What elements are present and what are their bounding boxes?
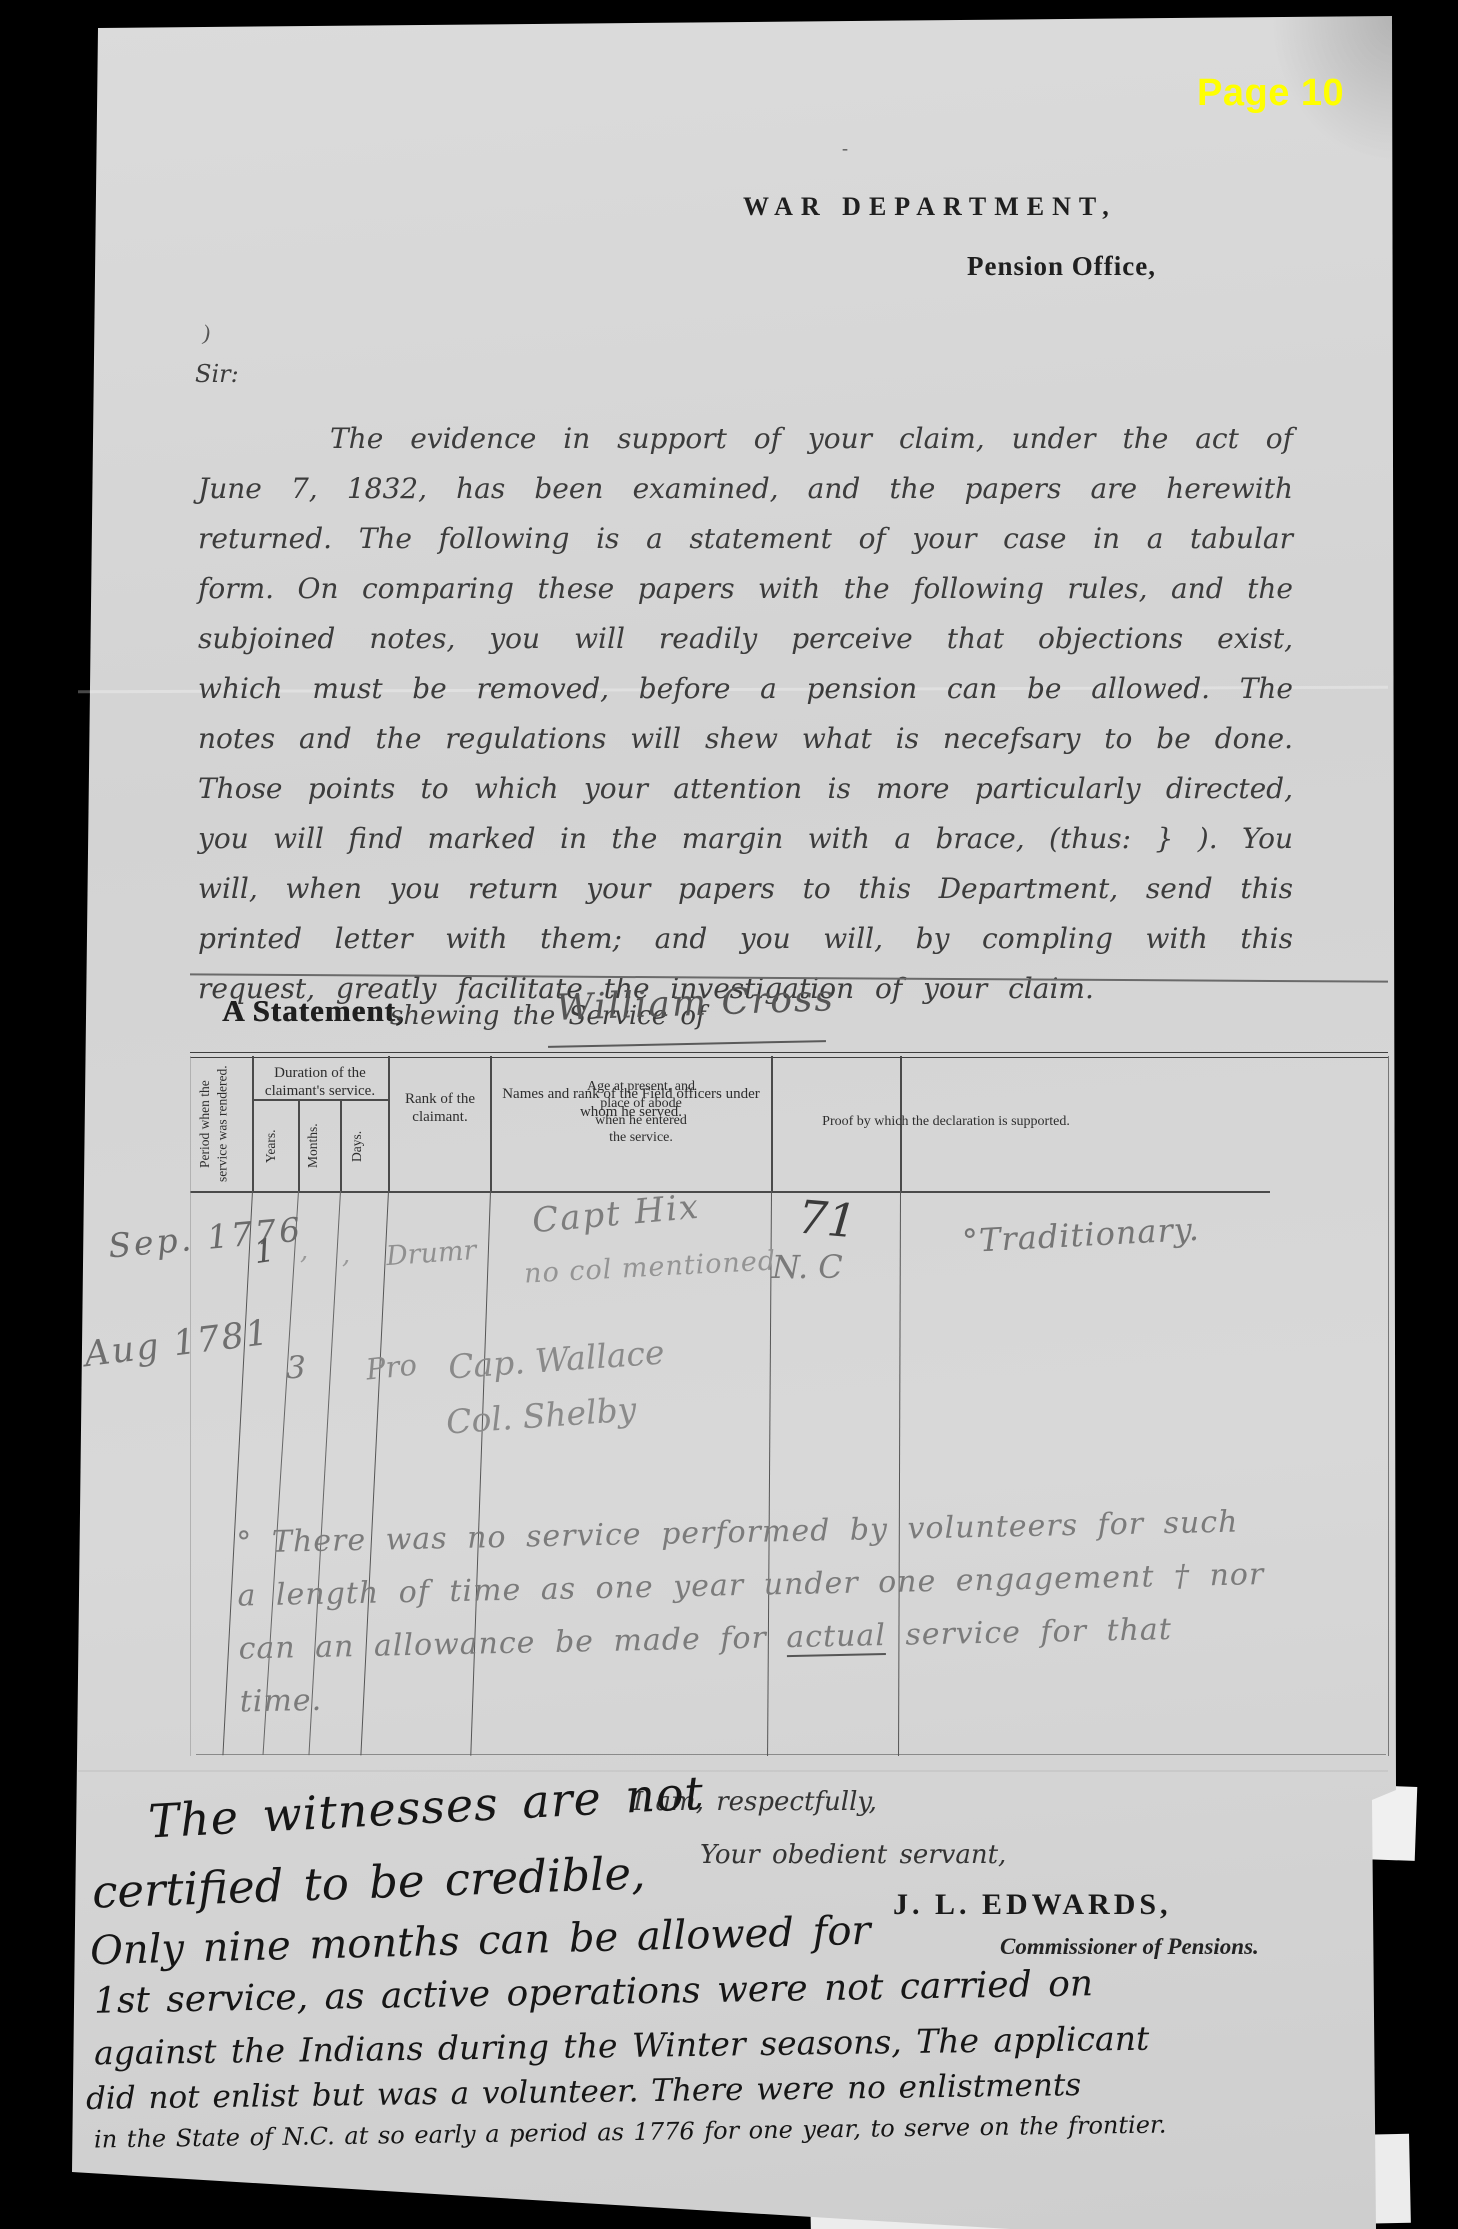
closing-line-2: Your obedient servant,	[700, 1840, 1006, 1870]
letter-body-paragraph: The evidence in support of your claim, u…	[198, 414, 1293, 1014]
col-header-age: Age at present, and place of abode when …	[585, 1078, 697, 1146]
col-rule-days-rank	[388, 1056, 390, 1191]
row1-abode: N. C	[772, 1248, 843, 1286]
col-header-duration: Duration of the claimant's service.	[254, 1064, 386, 1101]
salutation: Sir:	[195, 360, 239, 388]
col-header-months: Months.	[304, 1104, 334, 1188]
row1-days: ,	[342, 1240, 350, 1270]
war-department-title: WAR DEPARTMENT,	[743, 192, 1117, 222]
row1-rank: Drumr	[385, 1235, 477, 1272]
row2-months: 3	[286, 1350, 306, 1386]
scanned-document-page: { "overlay": { "page_label": "Page 10" }…	[0, 0, 1458, 2229]
table-examiner-note: ° There was no service performed by volu…	[236, 1495, 1250, 1728]
col-header-years: Years.	[262, 1104, 292, 1188]
statement-heading-label: A Statement,	[222, 993, 404, 1029]
table-left-border	[190, 1056, 191, 1756]
pension-office-subtitle: Pension Office,	[967, 251, 1156, 282]
note-line-3-pre: can an allowance be made for	[238, 1620, 786, 1666]
col-rule-years-months	[298, 1100, 300, 1191]
row1-months: ,	[300, 1236, 308, 1266]
col-header-proof: Proof by which the declaration is suppor…	[712, 1113, 1180, 1130]
commissioner-title: Commissioner of Pensions.	[1000, 1934, 1259, 1960]
note-line-3-underlined-word: actual	[786, 1618, 886, 1657]
note-line-3-post: service for that	[885, 1612, 1172, 1653]
col-header-days: Days.	[348, 1104, 382, 1188]
col-header-period: Period when the service was rendered.	[196, 1062, 248, 1186]
col-rule-months-days	[340, 1100, 342, 1191]
paper-crease	[78, 1770, 1388, 1772]
page-number-overlay: Page 10	[1197, 72, 1344, 115]
row2-rank: Pro	[364, 1347, 418, 1386]
stray-ink-dash: -	[842, 138, 848, 159]
table-top-double-rule	[190, 1052, 1388, 1058]
col-rule-rank-names	[490, 1056, 492, 1191]
row1-age: 71	[796, 1190, 859, 1249]
table-bottom-rule	[196, 1754, 1386, 1755]
table-right-border	[1388, 1056, 1389, 1756]
commissioner-signature: J. L. EDWARDS,	[893, 1888, 1172, 1922]
col-header-rank: Rank of the claimant.	[392, 1090, 488, 1127]
table-header-bottom-rule	[190, 1191, 1270, 1193]
